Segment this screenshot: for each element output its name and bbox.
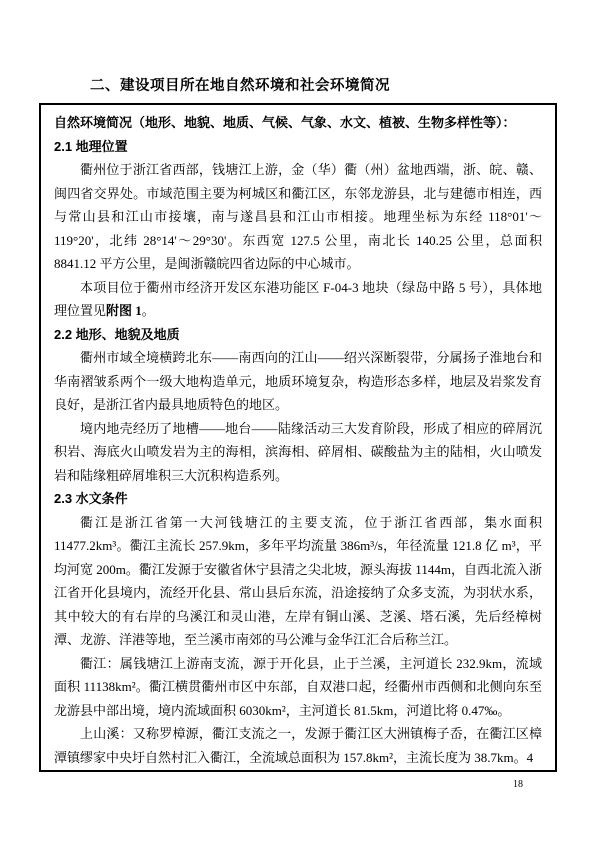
section-geographic-location: 2.1 地理位置 衢州位于浙江省西部，钱塘江上游，金（华）衢（州）盆地西端，浙、…: [54, 135, 542, 323]
paragraph: 本项目位于衢州市经济开发区东港功能区 F-04-3 地块（绿岛中路 5 号），具…: [54, 276, 542, 323]
paragraph: 衢江：属钱塘江上游南支流，源于开化县，止于兰溪，主河道长 232.9km，流域面…: [54, 652, 542, 723]
paragraph: 境内地壳经历了地槽——地台——陆缘活动三大发育阶段，形成了相应的碎屑沉积岩、海底…: [54, 417, 542, 488]
text-run: 衢州市域全境横跨北东——南西向的江山——绍兴深断裂带，分属扬子淮地台和华南褶皱系…: [54, 350, 542, 412]
paragraph: 衢江是浙江省第一大河钱塘江的主要支流，位于浙江省西部，集水面积 11477.2k…: [54, 511, 542, 652]
section-heading-2-2: 2.2 地形、地貌及地质: [54, 323, 542, 347]
paragraph: 衢州市域全境横跨北东——南西向的江山——绍兴深断裂带，分属扬子淮地台和华南褶皱系…: [54, 346, 542, 417]
text-run: 。: [142, 303, 155, 318]
paragraph: 上山溪：又称罗樟源，衢江支流之一，发源于衢江区大洲镇梅子岙，在衢江区樟潭镇缪家中…: [54, 722, 542, 769]
page-number: 18: [513, 778, 523, 792]
paragraph: 衢州位于浙江省西部，钱塘江上游，金（华）衢（州）盆地西端，浙、皖、赣、闽四省交界…: [54, 158, 542, 276]
text-run-bold-figure-ref: 附图 1: [106, 303, 142, 318]
text-run: 衢州位于浙江省西部，钱塘江上游，金（华）衢（州）盆地西端，浙、皖、赣、闽四省交界…: [54, 162, 542, 271]
box-header: 自然环境简况（地形、地貌、地质、气候、气象、水文、植被、生物多样性等）：: [54, 111, 542, 135]
text-run: 衢江：属钱塘江上游南支流，源于开化县，止于兰溪，主河道长 232.9km，流域面…: [54, 656, 542, 718]
section-terrain-geology: 2.2 地形、地貌及地质 衢州市域全境横跨北东——南西向的江山——绍兴深断裂带，…: [54, 323, 542, 488]
section-hydrology: 2.3 水文条件 衢江是浙江省第一大河钱塘江的主要支流，位于浙江省西部，集水面积…: [54, 487, 542, 769]
section-heading-2-1: 2.1 地理位置: [54, 135, 542, 159]
text-run: 上山溪：又称罗樟源，衢江支流之一，发源于衢江区大洲镇梅子岙，在衢江区樟潭镇缪家中…: [54, 726, 542, 765]
section-heading-2-3: 2.3 水文条件: [54, 487, 542, 511]
document-page: 二、建设项目所在地自然环境和社会环境简况 自然环境简况（地形、地貌、地质、气候、…: [0, 0, 595, 841]
document-section-title: 二、建设项目所在地自然环境和社会环境简况: [90, 74, 390, 95]
natural-environment-box: 自然环境简况（地形、地貌、地质、气候、气象、水文、植被、生物多样性等）： 2.1…: [39, 103, 557, 772]
text-run: 境内地壳经历了地槽——地台——陆缘活动三大发育阶段，形成了相应的碎屑沉积岩、海底…: [54, 421, 542, 483]
text-run: 衢江是浙江省第一大河钱塘江的主要支流，位于浙江省西部，集水面积 11477.2k…: [54, 515, 542, 648]
